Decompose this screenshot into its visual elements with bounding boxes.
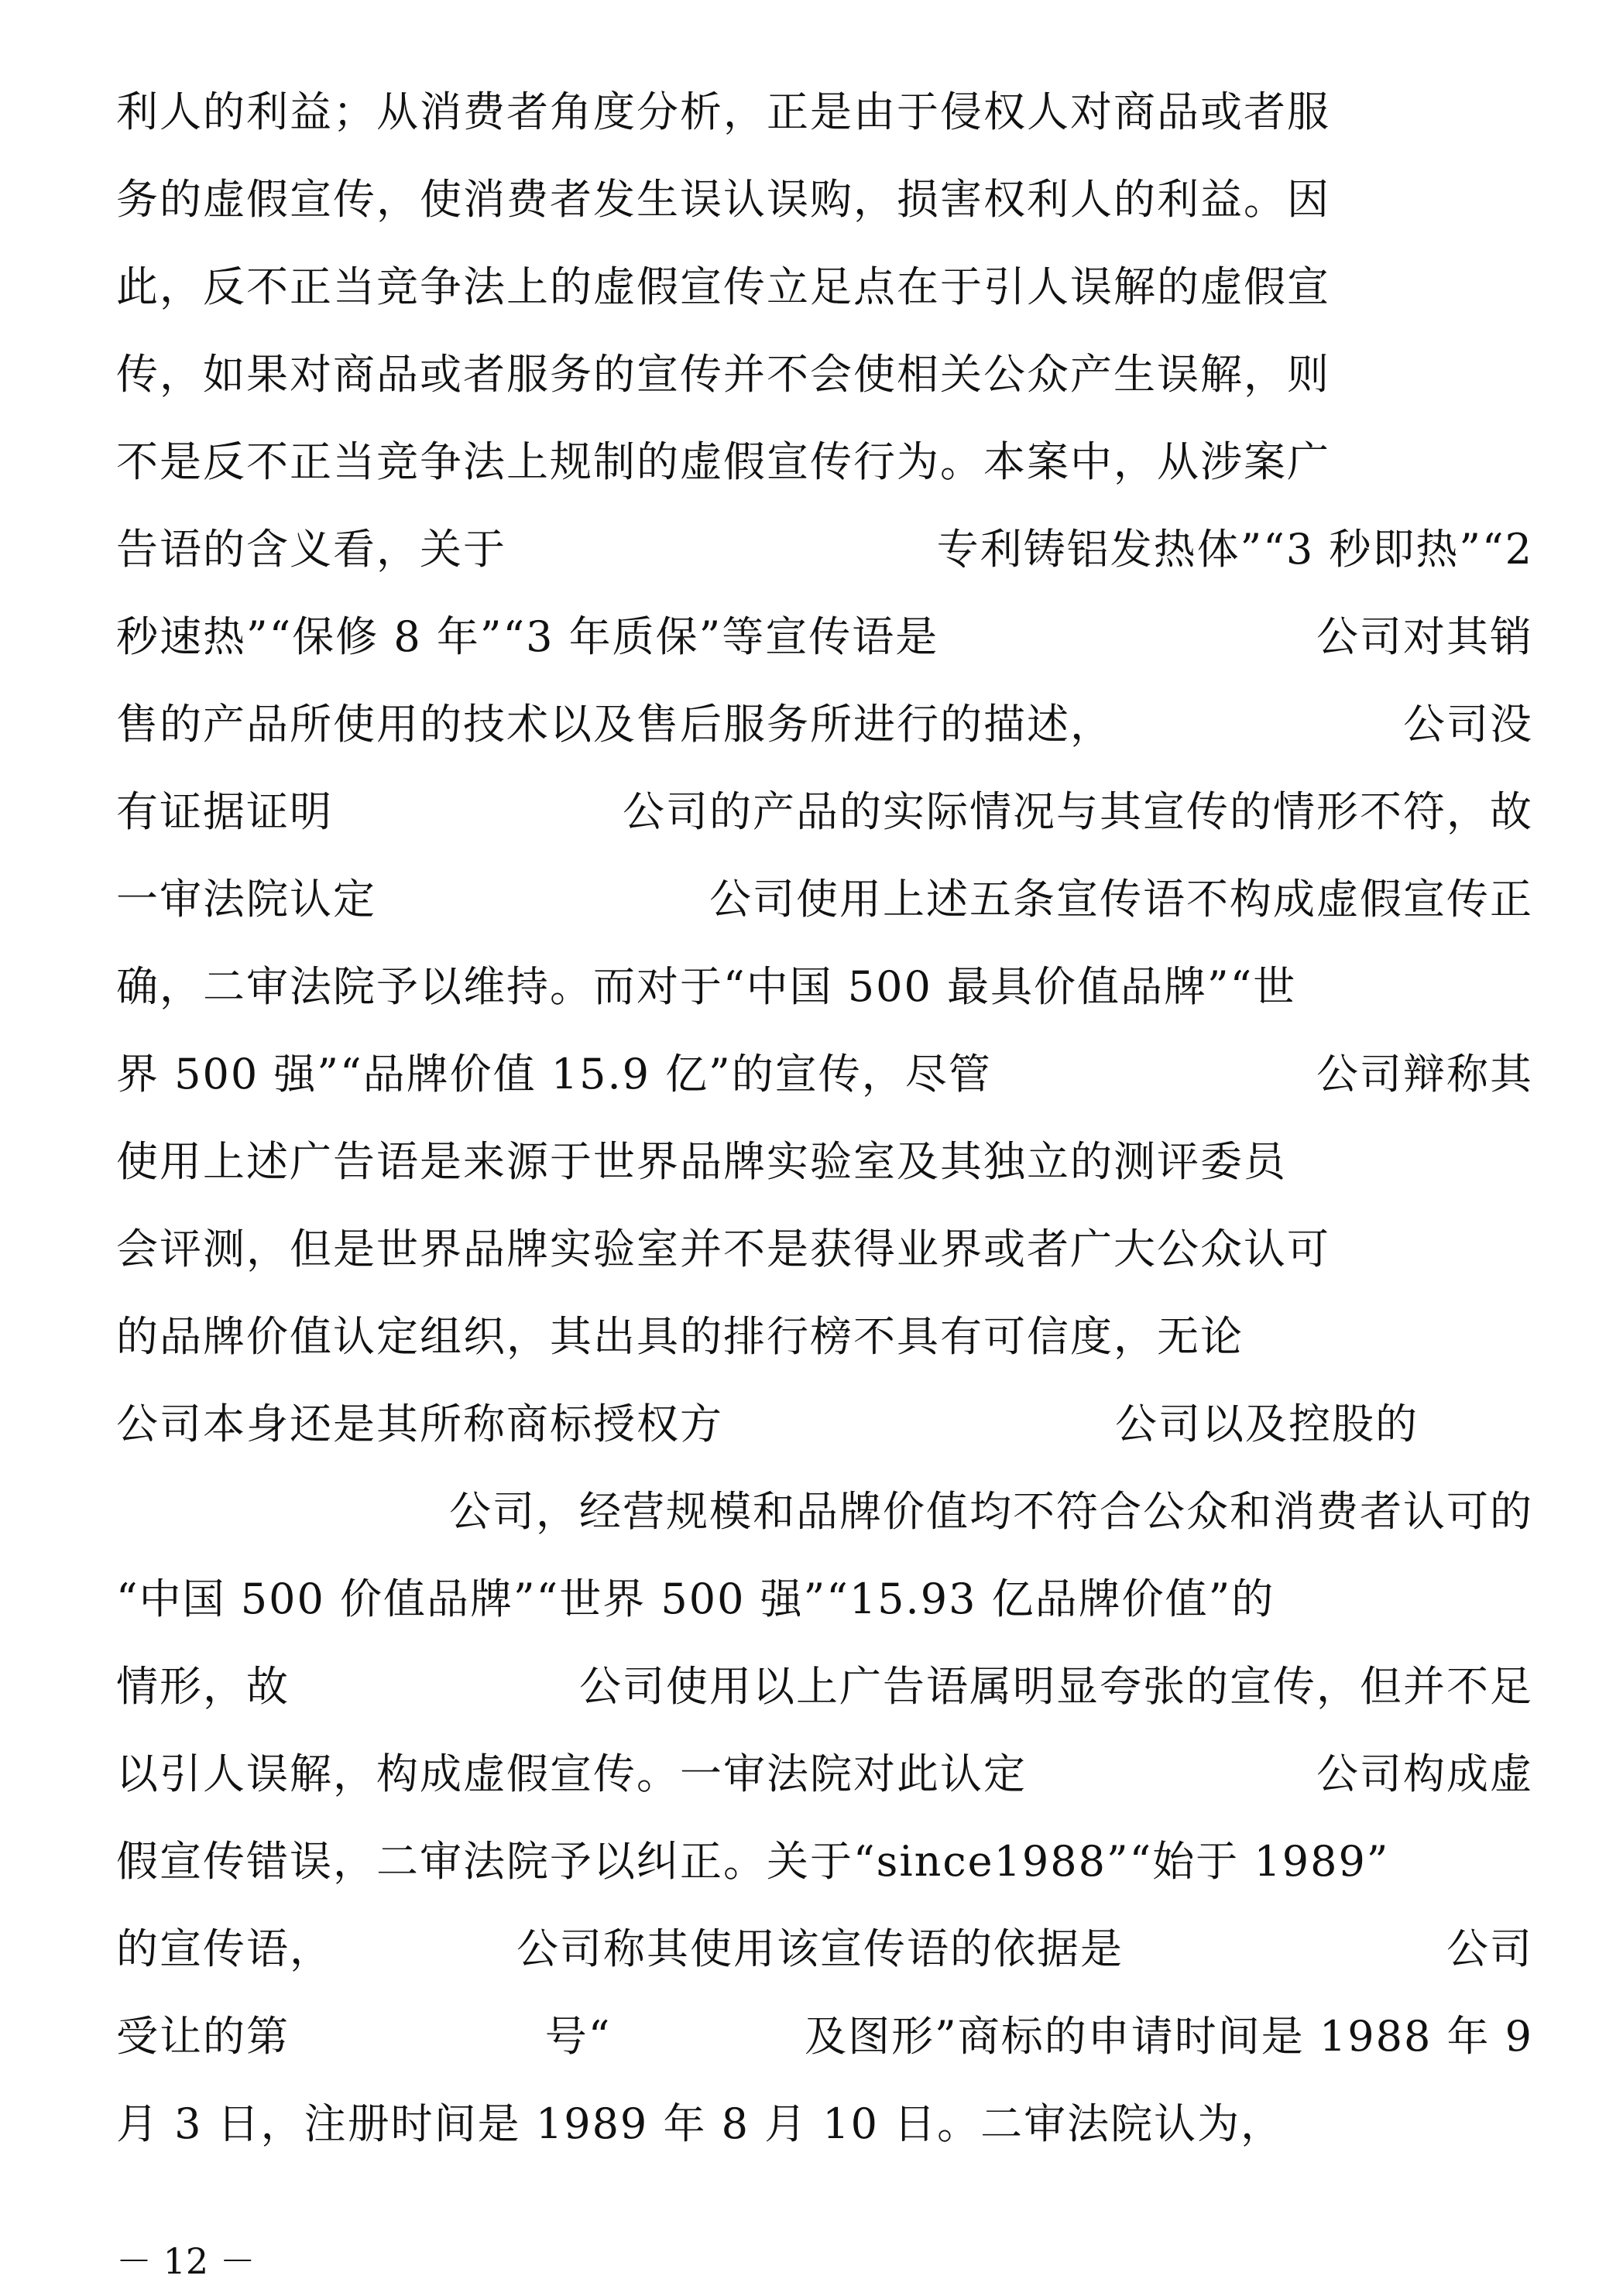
redacted-name <box>791 1401 1047 1448</box>
text-segment: 的品牌价值认定组织，其出具的排行榜不具有可信度，无论 <box>116 1302 1244 1372</box>
text-line: 会评测，但是世界品牌实验室并不是获得业界或者广大公众认可 <box>116 1215 1533 1284</box>
redacted-name <box>392 1664 477 1710</box>
text-line: 确，二审法院予以维持。而对于“中国 500 最具价值品牌”“世 <box>116 952 1533 1022</box>
text-line: 不是反不正当竞争法上规制的虚假宣传行为。本案中，从涉案广 <box>116 427 1533 497</box>
text-line: 公司，经营规模和品牌价值均不符合公众和消费者认可的 <box>116 1477 1533 1547</box>
text-segment: 公司本身还是其所称商标授权方 <box>116 1390 723 1459</box>
text-segment: 售的产品所使用的技术以及售后服务所进行的描述， <box>116 690 1113 759</box>
redacted-name <box>1085 614 1170 660</box>
text-segment: 公司 <box>1446 1914 1533 1984</box>
text-segment: 专利铸铝发热体”“3 秒即热”“2 <box>937 515 1533 584</box>
text-segment: 情形，故 <box>116 1652 290 1722</box>
redacted-name <box>332 2013 503 2060</box>
text-line: 界 500 强”“品牌价值 15.9 亿”的宣传，尽管公司辩称其 <box>116 1040 1533 1109</box>
text-segment: 传，如果对商品或者服务的宣传并不会使相关公众产生误解，则 <box>116 340 1330 410</box>
text-segment: 公司辩称其 <box>1316 1040 1533 1109</box>
page-number: － 12 － <box>116 2233 256 2284</box>
text-segment: 秒速热”“保修 8 年”“3 年质保”等宣传语是 <box>116 602 938 672</box>
text-line: 此，反不正当竞争法上的虚假宣传立足点在于引人误解的虚假宣 <box>116 252 1533 322</box>
text-segment: 务的虚假宣传，使消费者发生误认误购，损害权利人的利益。因 <box>116 165 1330 235</box>
redacted-name <box>1129 1751 1214 1797</box>
redacted-name <box>1111 1051 1196 1098</box>
text-segment: 界 500 强”“品牌价值 15.9 亿”的宣传，尽管 <box>116 1040 992 1109</box>
redacted-name <box>1212 701 1305 748</box>
text-segment: 使用上述广告语是来源于世界品牌实验室及其独立的测评委员 <box>116 1127 1287 1197</box>
text-segment: 公司的产品的实际情况与其宣传的情形不符，故 <box>623 777 1533 847</box>
text-line: 以引人误解，构成虚假宣传。一审法院对此认定公司构成虚 <box>116 1739 1533 1809</box>
text-segment: 一审法院认定 <box>116 865 376 934</box>
text-segment: 公司对其销 <box>1316 602 1533 672</box>
text-line: 使用上述广告语是来源于世界品牌实验室及其独立的测评委员 <box>116 1127 1533 1197</box>
document-page: 利人的利益；从消费者角度分析，正是由于侵权人对商品或者服务的虚假宣传，使消费者发… <box>0 0 1623 2296</box>
text-line: “中国 500 价值品牌”“世界 500 强”“15.93 亿品牌价值”的 <box>116 1564 1533 1634</box>
text-segment: 公司使用以上广告语属明显夸张的宣传，但并不足 <box>579 1652 1533 1722</box>
text-line: 传，如果对商品或者服务的宣传并不会使相关公众产生误解，则 <box>116 340 1533 410</box>
text-segment: 公司构成虚 <box>1316 1739 1533 1809</box>
redacted-name <box>116 1489 263 1535</box>
redacted-name <box>1173 1926 1398 1972</box>
text-segment: 有证据证明 <box>116 777 333 847</box>
text-line: 秒速热”“保修 8 年”“3 年质保”等宣传语是公司对其销 <box>116 602 1533 672</box>
redacted-name <box>654 2013 762 2060</box>
redacted-name <box>496 876 589 923</box>
text-segment: 告语的含义看，关于 <box>116 515 506 584</box>
text-segment: 公司使用上述五条宣传语不构成虚假宣传正 <box>709 865 1533 934</box>
text-segment: 公司称其使用该宣传语的依据是 <box>516 1914 1124 1984</box>
text-line: 告语的含义看，关于专利铸铝发热体”“3 秒即热”“2 <box>116 515 1533 584</box>
text-segment: 的宣传语， <box>116 1914 333 1984</box>
text-line: 的品牌价值认定组织，其出具的排行榜不具有可信度，无论 <box>116 1302 1533 1372</box>
text-line: 有证据证明公司的产品的实际情况与其宣传的情形不符，故 <box>116 777 1533 847</box>
text-segment: 不是反不正当竞争法上规制的虚假宣传行为。本案中，从涉案广 <box>116 427 1330 497</box>
text-line: 务的虚假宣传，使消费者发生误认误购，损害权利人的利益。因 <box>116 165 1533 235</box>
redacted-name <box>383 1926 468 1972</box>
redacted-name <box>1440 1314 1533 1360</box>
text-segment: “中国 500 价值品牌”“世界 500 强”“15.93 亿品牌价值”的 <box>116 1564 1275 1634</box>
text-segment: 及图形”商标的申请时间是 1988 年 9 <box>805 2002 1533 2072</box>
text-segment: 利人的利益；从消费者角度分析，正是由于侵权人对商品或者服 <box>116 77 1330 147</box>
text-line: 公司本身还是其所称商标授权方公司以及控股的 <box>116 1390 1533 1459</box>
redacted-name <box>435 789 520 835</box>
redacted-name <box>656 526 787 573</box>
text-segment: 确，二审法院予以维持。而对于“中国 500 最具价值品牌”“世 <box>116 952 1296 1022</box>
text-segment: 假宣传错误，二审法院予以纠正。关于“since1988”“始于 1989” <box>116 1827 1389 1897</box>
text-segment: 以引人误解，构成虚假宣传。一审法院对此认定 <box>116 1739 1027 1809</box>
text-line: 假宣传错误，二审法院予以纠正。关于“since1988”“始于 1989” <box>116 1827 1533 1897</box>
text-line: 利人的利益；从消费者角度分析，正是由于侵权人对商品或者服 <box>116 77 1533 147</box>
text-segment: 公司没 <box>1403 690 1533 759</box>
text-segment: 受让的第 <box>116 2002 290 2072</box>
text-line: 受让的第号“及图形”商标的申请时间是 1988 年 9 <box>116 2002 1533 2072</box>
text-segment: 号“ <box>545 2002 612 2072</box>
text-line: 一审法院认定公司使用上述五条宣传语不构成虚假宣传正 <box>116 865 1533 934</box>
text-segment: 此，反不正当竞争法上的虚假宣传立足点在于引人误解的虚假宣 <box>116 252 1330 322</box>
text-segment: 月 3 日，注册时间是 1989 年 8 月 10 日。二审法院认为， <box>116 2089 1284 2159</box>
text-segment: 会评测，但是世界品牌实验室并不是获得业界或者广大公众认可 <box>116 1215 1330 1284</box>
text-line: 的宣传语，公司称其使用该宣传语的依据是公司 <box>116 1914 1533 1984</box>
text-segment: 公司，经营规模和品牌价值均不符合公众和消费者认可的 <box>449 1477 1533 1547</box>
text-segment: 公司以及控股的 <box>1115 1390 1419 1459</box>
redacted-name <box>1487 1401 1533 1448</box>
text-line: 月 3 日，注册时间是 1989 年 8 月 10 日。二审法院认为， <box>116 2089 1533 2159</box>
text-line: 情形，故公司使用以上广告语属明显夸张的宣传，但并不足 <box>116 1652 1533 1722</box>
text-line: 售的产品所使用的技术以及售后服务所进行的描述，公司没 <box>116 690 1533 759</box>
